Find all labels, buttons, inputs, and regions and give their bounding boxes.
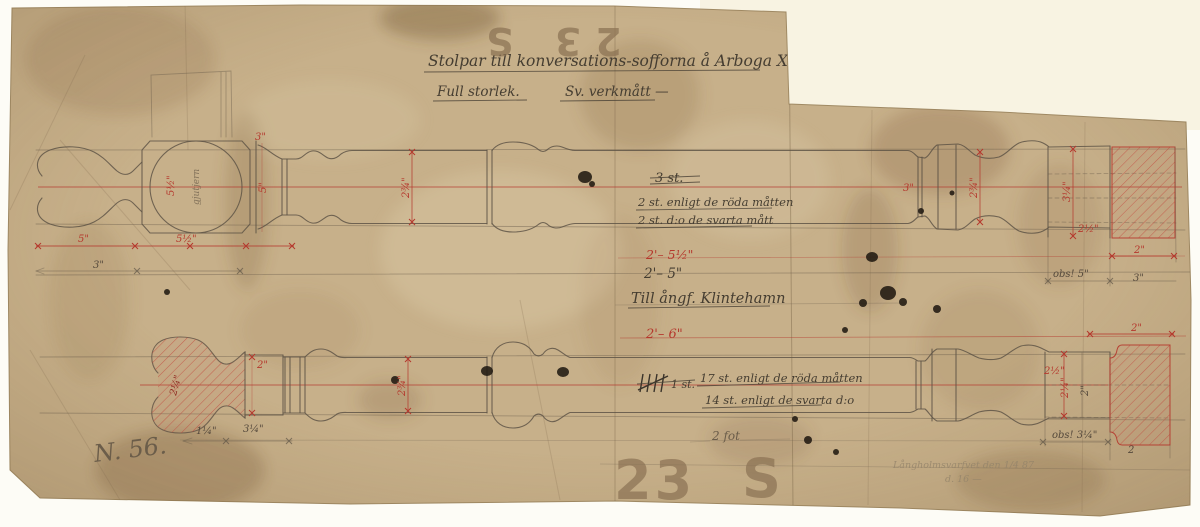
feet-note: 2 fot [711, 429, 740, 443]
rail-section-hatched-top [1112, 147, 1175, 238]
scanned-drawing-sheet: Stolpar till konversations-sofforna å Ar… [0, 0, 1200, 527]
dim-br-225: 2¼" [1060, 377, 1071, 399]
signature-line1: Långholmsvarfvet den 1/4 87 [892, 459, 1035, 471]
rail-section-hatched-bottom [1110, 345, 1170, 445]
qty-red-note-2: 17 st. enligt de röda måtten [700, 371, 863, 385]
dim-tl-55v: 5½" [166, 175, 177, 196]
dim-bl-125: 1¼" [196, 426, 217, 437]
dim-br-2v: 2" [1080, 385, 1091, 397]
obs-note-top: obs! 5" [1053, 269, 1089, 280]
dim-tr-325: 3¼" [1062, 181, 1073, 202]
dim-shaft-top: 2¾" [401, 177, 412, 199]
length-red-1: 2'– 5½" [645, 247, 693, 262]
qty-black-note: 2 st. d:o de svarta mått [637, 213, 774, 227]
dim-bl-325: 3¼" [243, 424, 264, 435]
dim-br-2: 2" [1130, 323, 1142, 334]
dim-tl-3: 3" [93, 260, 104, 271]
stamp-top: 23 S [472, 19, 621, 63]
dim-tl-5v: 5" [258, 182, 269, 193]
qty-black-note-2: 14 st. enligt de svarta d:o [705, 393, 854, 407]
below-block-dim: 2 [1127, 445, 1134, 456]
obs-note-bottom: obs! 3¼" [1052, 430, 1097, 441]
qty-red-note: 2 st. enligt de röda måtten [637, 195, 793, 209]
stamp-bottom-letter: S [742, 447, 781, 510]
dim-tl-3r: 3" [255, 132, 266, 143]
dim-bl-2: 2" [256, 360, 268, 371]
obs-note-top-adj: 3" [1133, 273, 1144, 284]
dim-shaft-bottom: 2¾" [397, 375, 408, 397]
heading-klintehamn: Till ångf. Klintehamn [631, 290, 785, 307]
drawing-canvas: Stolpar till konversations-sofforna å Ar… [0, 0, 1200, 527]
dim-ball-note: gjutjern [192, 169, 202, 205]
signature-line2: d. 16 — [945, 474, 982, 485]
subtitle-full-size: Full storlek. [436, 84, 520, 100]
dim-shaft-top2: 2¾" [969, 177, 980, 199]
length-black-1: 2'– 5" [643, 266, 682, 282]
length-red-2: 2'– 6" [645, 327, 683, 342]
dim-br-25: 2½" [1043, 366, 1065, 377]
subtitle-scale: Sv. verkmått — [565, 84, 669, 100]
dim-tr-2: 2" [1133, 245, 1145, 256]
dim-tr-3: 3" [903, 183, 914, 194]
dim-tr-25: 2½" [1077, 224, 1099, 235]
dim-tl-55: 5½" [176, 234, 197, 245]
dim-tl-5: 5" [78, 234, 89, 245]
